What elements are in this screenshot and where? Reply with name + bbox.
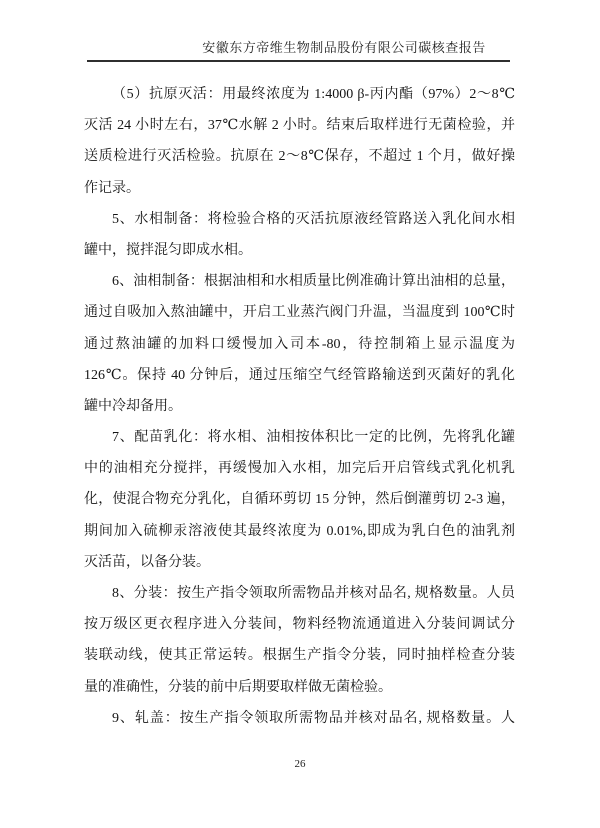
text-line: 126℃。保持 40 分钟后，通过压缩空气经管路输送到灭菌好的乳化: [84, 360, 515, 391]
page-header-title: 安徽东方帝维生物制品股份有限公司碳核查报告: [88, 40, 600, 56]
paragraph: 9、轧盖：按生产指令领取所需物品并核对品名, 规格数量。人: [84, 703, 515, 734]
document-page: 安徽东方帝维生物制品股份有限公司碳核查报告 （5）抗原灭活：用最终浓度为 1:4…: [0, 0, 600, 828]
text-line: 8、分装：按生产指令领取所需物品并核对品名, 规格数量。人员: [84, 578, 515, 609]
paragraph: 5、水相制备：将检验合格的灭活抗原液经管路送入乳化间水相罐中，搅拌混匀即成水相。: [84, 204, 515, 266]
text-line: 罐中冷却备用。: [84, 391, 515, 422]
header-rule: [87, 60, 510, 62]
text-line: 9、轧盖：按生产指令领取所需物品并核对品名, 规格数量。人: [84, 703, 515, 734]
paragraph: 8、分装：按生产指令领取所需物品并核对品名, 规格数量。人员按万级区更衣程序进入…: [84, 578, 515, 703]
paragraph: （5）抗原灭活：用最终浓度为 1:4000 β-丙内酯（97%）2～8℃灭活 2…: [84, 79, 515, 204]
text-line: 罐中，搅拌混匀即成水相。: [84, 235, 515, 266]
text-line: 化，使混合物充分乳化，自循环剪切 15 分钟，然后倒灌剪切 2-3 遍，: [84, 484, 515, 515]
text-line: 灭活苗，以备分装。: [84, 547, 515, 578]
text-line: 量的准确性，分装的前中后期要取样做无菌检验。: [84, 672, 515, 703]
text-line: 装联动线，使其正常运转。根据生产指令分装，同时抽样检查分装: [84, 640, 515, 671]
text-line: 6、油相制备：根据油相和水相质量比例准确计算出油相的总量，: [84, 266, 515, 297]
page-number: 26: [295, 758, 306, 770]
text-line: 按万级区更衣程序进入分装间，物料经物流通道进入分装间调试分: [84, 609, 515, 640]
page-footer: 26: [0, 757, 600, 771]
text-line: （5）抗原灭活：用最终浓度为 1:4000 β-丙内酯（97%）2～8℃: [84, 79, 515, 110]
text-line: 5、水相制备：将检验合格的灭活抗原液经管路送入乳化间水相: [84, 204, 515, 235]
text-line: 作记录。: [84, 173, 515, 204]
text-line: 中的油相充分搅拌，再缓慢加入水相，加完后开启管线式乳化机乳: [84, 453, 515, 484]
text-line: 通过熬油罐的加料口缓慢加入司本-80，待控制箱上显示温度为: [84, 329, 515, 360]
document-body: （5）抗原灭活：用最终浓度为 1:4000 β-丙内酯（97%）2～8℃灭活 2…: [84, 79, 515, 734]
text-line: 7、配苗乳化：将水相、油相按体积比一定的比例，先将乳化罐: [84, 422, 515, 453]
text-line: 灭活 24 小时左右，37℃水解 2 小时。结束后取样进行无菌检验，并: [84, 110, 515, 141]
paragraph: 7、配苗乳化：将水相、油相按体积比一定的比例，先将乳化罐中的油相充分搅拌，再缓慢…: [84, 422, 515, 578]
text-line: 通过自吸加入熬油罐中，开启工业蒸汽阀门升温，当温度到 100℃时: [84, 297, 515, 328]
paragraph: 6、油相制备：根据油相和水相质量比例准确计算出油相的总量，通过自吸加入熬油罐中，…: [84, 266, 515, 422]
text-line: 送质检进行灭活检验。抗原在 2～8℃保存，不超过 1 个月，做好操: [84, 141, 515, 172]
text-line: 期间加入硫柳汞溶液使其最终浓度为 0.01%,即成为乳白色的油乳剂: [84, 516, 515, 547]
